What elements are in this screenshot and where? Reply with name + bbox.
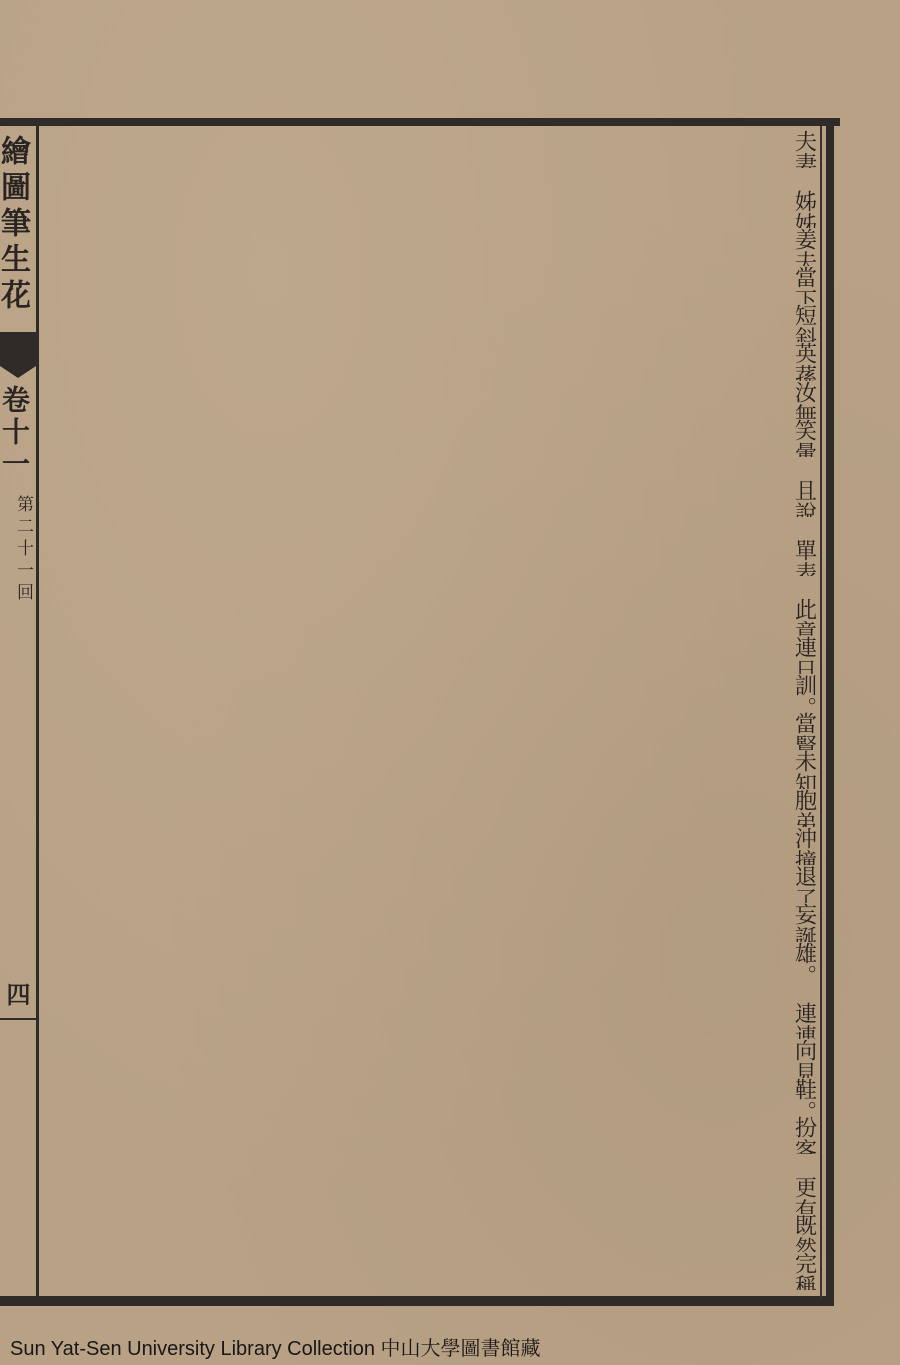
text-column: 夫妻只得到廳前。各行當禮同相見。莫氏夫人仔細觀。看看東牀觀愛婿。瞧瞧新婦看兒男。…: [789, 130, 818, 168]
text-column: 退了鬟鬟。惹得春溶笑滿容。便問夫人何密事。小心如此怕傳風。佩蘭遂把情疑故。細細詳…: [789, 865, 818, 903]
frame-border-bottom: [0, 1296, 832, 1306]
text-column: 連日忙忙喜事重。真過了。二姣滿月始從容。謝探花。一夫二婦如魚水。堂上翁姑慈愛同。…: [789, 636, 818, 674]
text-column: 妄誕。又朦朧。因此上代弟籌思悶在胸。告與君家詳此理。可能猜透此機鋒。妻表弟招贅尊…: [789, 903, 818, 941]
text-column: 更有一事可疑。小峰既屬喬妝。那次室怎有弄璋之喜。居然秀毓芝蘭。真令人不可解了。: [789, 1154, 818, 1214]
text-column: 笑暈映蓮花。當時送到前廳上。夫婦登軒出謝衙。後擁前呼登大道。自歸公府慢題他。: [789, 419, 818, 457]
vertical-text-body: 夫妻只得到廳前。各行當禮同相見。莫氏夫人仔細觀。看看東牀觀愛婿。瞧瞧新婦看兒男。…: [44, 130, 818, 1290]
text-column: 單表謝夫人因前日連奎到來道喜。提及兩個侄女尚未字人。便想到王府鳳熙鳳鳴二位郎君。…: [789, 517, 818, 577]
text-column: 短斜。半本戲完筵始散。夕陽西去報昏鴉。權散坐。飲盃茶。各各相辭要返家。內外殷勤同…: [789, 304, 818, 342]
fish-tail-mark-icon: [0, 332, 36, 366]
chapter-label: 第二十一回: [18, 495, 36, 605]
text-column: 既然妹丈是多姣。怎麼會結子開花種玉苗。早難道。上帝因憐姜氏絕。竟賜他。女身變了一…: [789, 1214, 818, 1252]
text-column: 此意示知媳婦王小姐。歸告母親。王夫人欣然允諾。便寄信江南。囑王公順便就在任上遣使…: [789, 576, 818, 636]
text-column: 沖撞。抑怪郎君情未鍾。說與下官堪剖解。勿教惆悵惱蘭胸。佳人見問微含笑。檀口輕開告…: [789, 827, 818, 865]
text-column: 未知甚日再相逢。又礙這。姑夫舅嫂嫌疑重。便見也。一面怨怨語怎通。好笑少霞空託我。…: [789, 750, 818, 788]
page-number: 四: [4, 982, 34, 1006]
text-column: 姊姊我看這一班少年人。不論男女。沒一個賽得過我這一位東牀嬌客的美貌。這也奇怪了。: [789, 168, 818, 228]
frame-border-top: [0, 118, 840, 126]
frame-border-left: [36, 118, 39, 1306]
frame-border-right-inner: [820, 126, 822, 1298]
text-column: 姜夫人。聞言含笑啓銀牙。這是你遴選東牀眼力佳。辱子無知蒙過愛。未知伊。將來何以報…: [789, 228, 818, 266]
fish-tail-notch-icon: [0, 366, 36, 378]
text-column: 汝無差錯。切勿如前拒絕他。慕道修仙無所益。何如宜室又宜家。休倚養。翁姑憐愛夫君好…: [789, 381, 818, 419]
volume-label: 卷十一: [4, 385, 34, 481]
text-column: 胞弟良緣難遂胸。小姐尋思多不樂。外邊走到謝春溶。佳人見了抽身起。侍講相攙坐椅中。…: [789, 789, 818, 827]
book-title: 繪圖筆生花: [2, 135, 34, 315]
frame-border-right: [826, 118, 834, 1306]
text-column: 訓。室內和諧仰古風。宗伯夫妻心甚慰。真個是。一門和氣喜無窮。佩蘭是日閒無事。膳後…: [789, 674, 818, 712]
text-column: 當下禮完賓客退。喜孃扶入二姣娃。二廳上面排筵宴。款待新人禮數嘉。莫氏夫人親遞酒。…: [789, 266, 818, 304]
text-column: 連連點首笑道。哦不錯呀不錯。這迷兒猜得的確無訛。好笑我一向如在夢中。今日方被卿提…: [789, 980, 818, 1040]
text-column: 雄。男女須知各不同。小姐說完容帶笑。一言點醒謝春溶。: [789, 942, 818, 980]
collection-credit: Sun Yat-Sen University Library Collectio…: [10, 1332, 541, 1361]
text-column: 鞋。炎天夏日猶重服。再會閒坐不偕。細想莫非坤道體。沒有個男兒性格恁痴呆。只惟一事…: [789, 1078, 818, 1116]
text-column: 英蓀也要相辭返自衙。便與翠才同告別。夫人叮囑女嬌娃。我兒回到家中去。保重身軀飲食…: [789, 342, 818, 380]
text-column: 當賢弟諄諄託。吁我於中探曲衷。表弟雖然為謝壻。我看他。此間來往不情濃。一從那日歸…: [789, 712, 818, 750]
text-column: 向見其容我就猜。忌與那惠英表妹一般俏。今朝說破誠無錯。姜妹夫。多半真身係女孩。避…: [789, 1039, 818, 1077]
text-column: 且說謝府中次日邀請兩姓會親。又是一天戲宴。文王二府。亦各擇日接女回門。彼此都認義…: [789, 457, 818, 517]
page-number-divider: [0, 1018, 36, 1020]
text-column: 扮客。豈沒有。隱微怨恨訴悲懷。試看他閨房好似多恩愛。這件情由卻怪哉。: [789, 1116, 818, 1154]
text-column: 完稱是否。文小姐低頭半晌皺眉梢。: [789, 1252, 818, 1290]
